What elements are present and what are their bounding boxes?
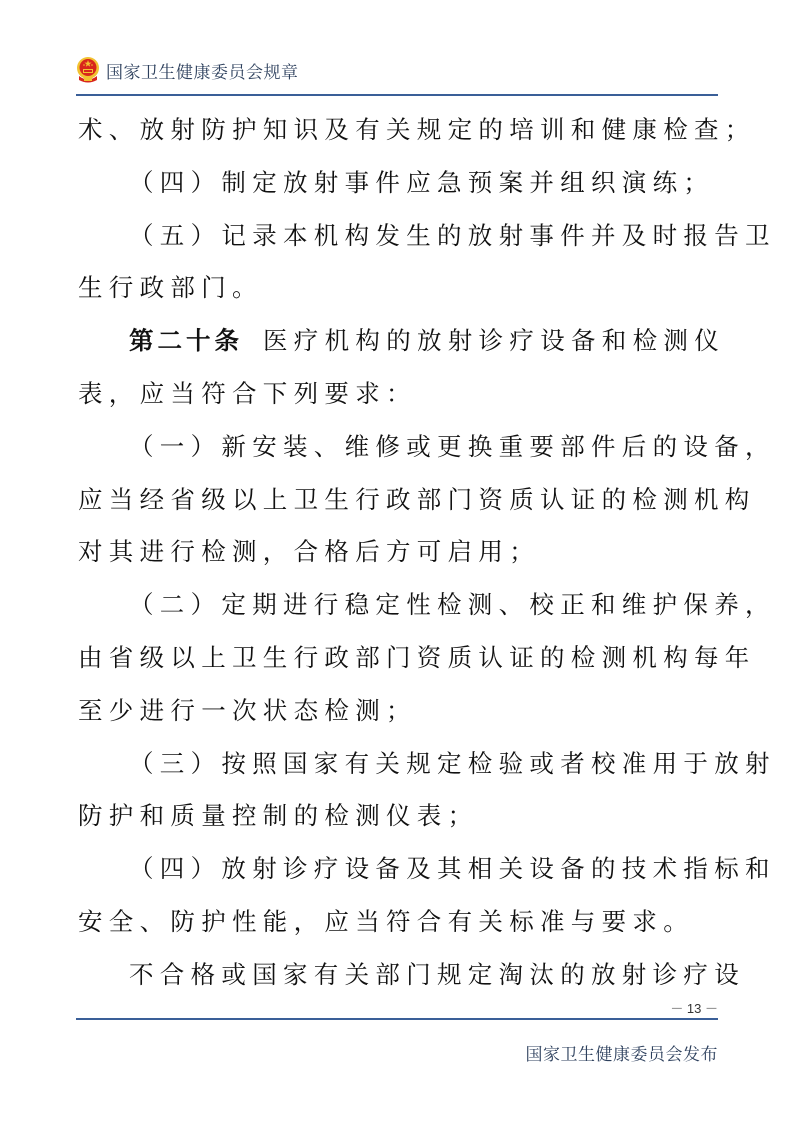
text-line: （四）放射诊疗设备及其相关设备的技术指标和 [78, 843, 718, 896]
footer-divider [76, 1018, 718, 1020]
text-line: （二）定期进行稳定性检测、校正和维护保养， [78, 579, 718, 632]
text-line: （四）制定放射事件应急预案并组织演练； [78, 157, 718, 210]
document-body: 术、放射防护知识及有关规定的培训和健康检查； （四）制定放射事件应急预案并组织演… [78, 104, 718, 1002]
text-line: （三）按照国家有关规定检验或者校准用于放射 [78, 738, 718, 791]
text-line: 安全、防护性能，应当符合有关标准与要求。 [78, 896, 718, 949]
text-line: 由省级以上卫生行政部门资质认证的检测机构每年 [78, 632, 718, 685]
header-title: 国家卫生健康委员会规章 [106, 58, 299, 83]
text-line: 表，应当符合下列要求： [78, 368, 718, 421]
text-line: 术、放射防护知识及有关规定的培训和健康检查； [78, 104, 718, 157]
article-label: 第二十条 [129, 326, 243, 355]
text-line: 至少进行一次状态检测； [78, 685, 718, 738]
footer-publisher: 国家卫生健康委员会发布 [526, 1040, 719, 1065]
header-divider [76, 94, 718, 96]
article-heading-line: 第二十条医疗机构的放射诊疗设备和检测仪 [78, 315, 718, 368]
page-number: － 13 － [670, 998, 718, 1017]
text-line: 应当经省级以上卫生行政部门资质认证的检测机构 [78, 474, 718, 527]
page-header: 国家卫生健康委员会规章 [76, 52, 299, 88]
text-line: 对其进行检测，合格后方可启用； [78, 526, 718, 579]
text-line: 生行政部门。 [78, 262, 718, 315]
text-line: 防护和质量控制的检测仪表； [78, 790, 718, 843]
article-text: 医疗机构的放射诊疗设备和检测仪 [263, 326, 725, 355]
text-line: （一）新安装、维修或更换重要部件后的设备， [78, 421, 718, 474]
national-emblem-icon [76, 56, 100, 84]
text-line: （五）记录本机构发生的放射事件并及时报告卫 [78, 210, 718, 263]
text-line: 不合格或国家有关部门规定淘汰的放射诊疗设 [78, 949, 718, 1002]
